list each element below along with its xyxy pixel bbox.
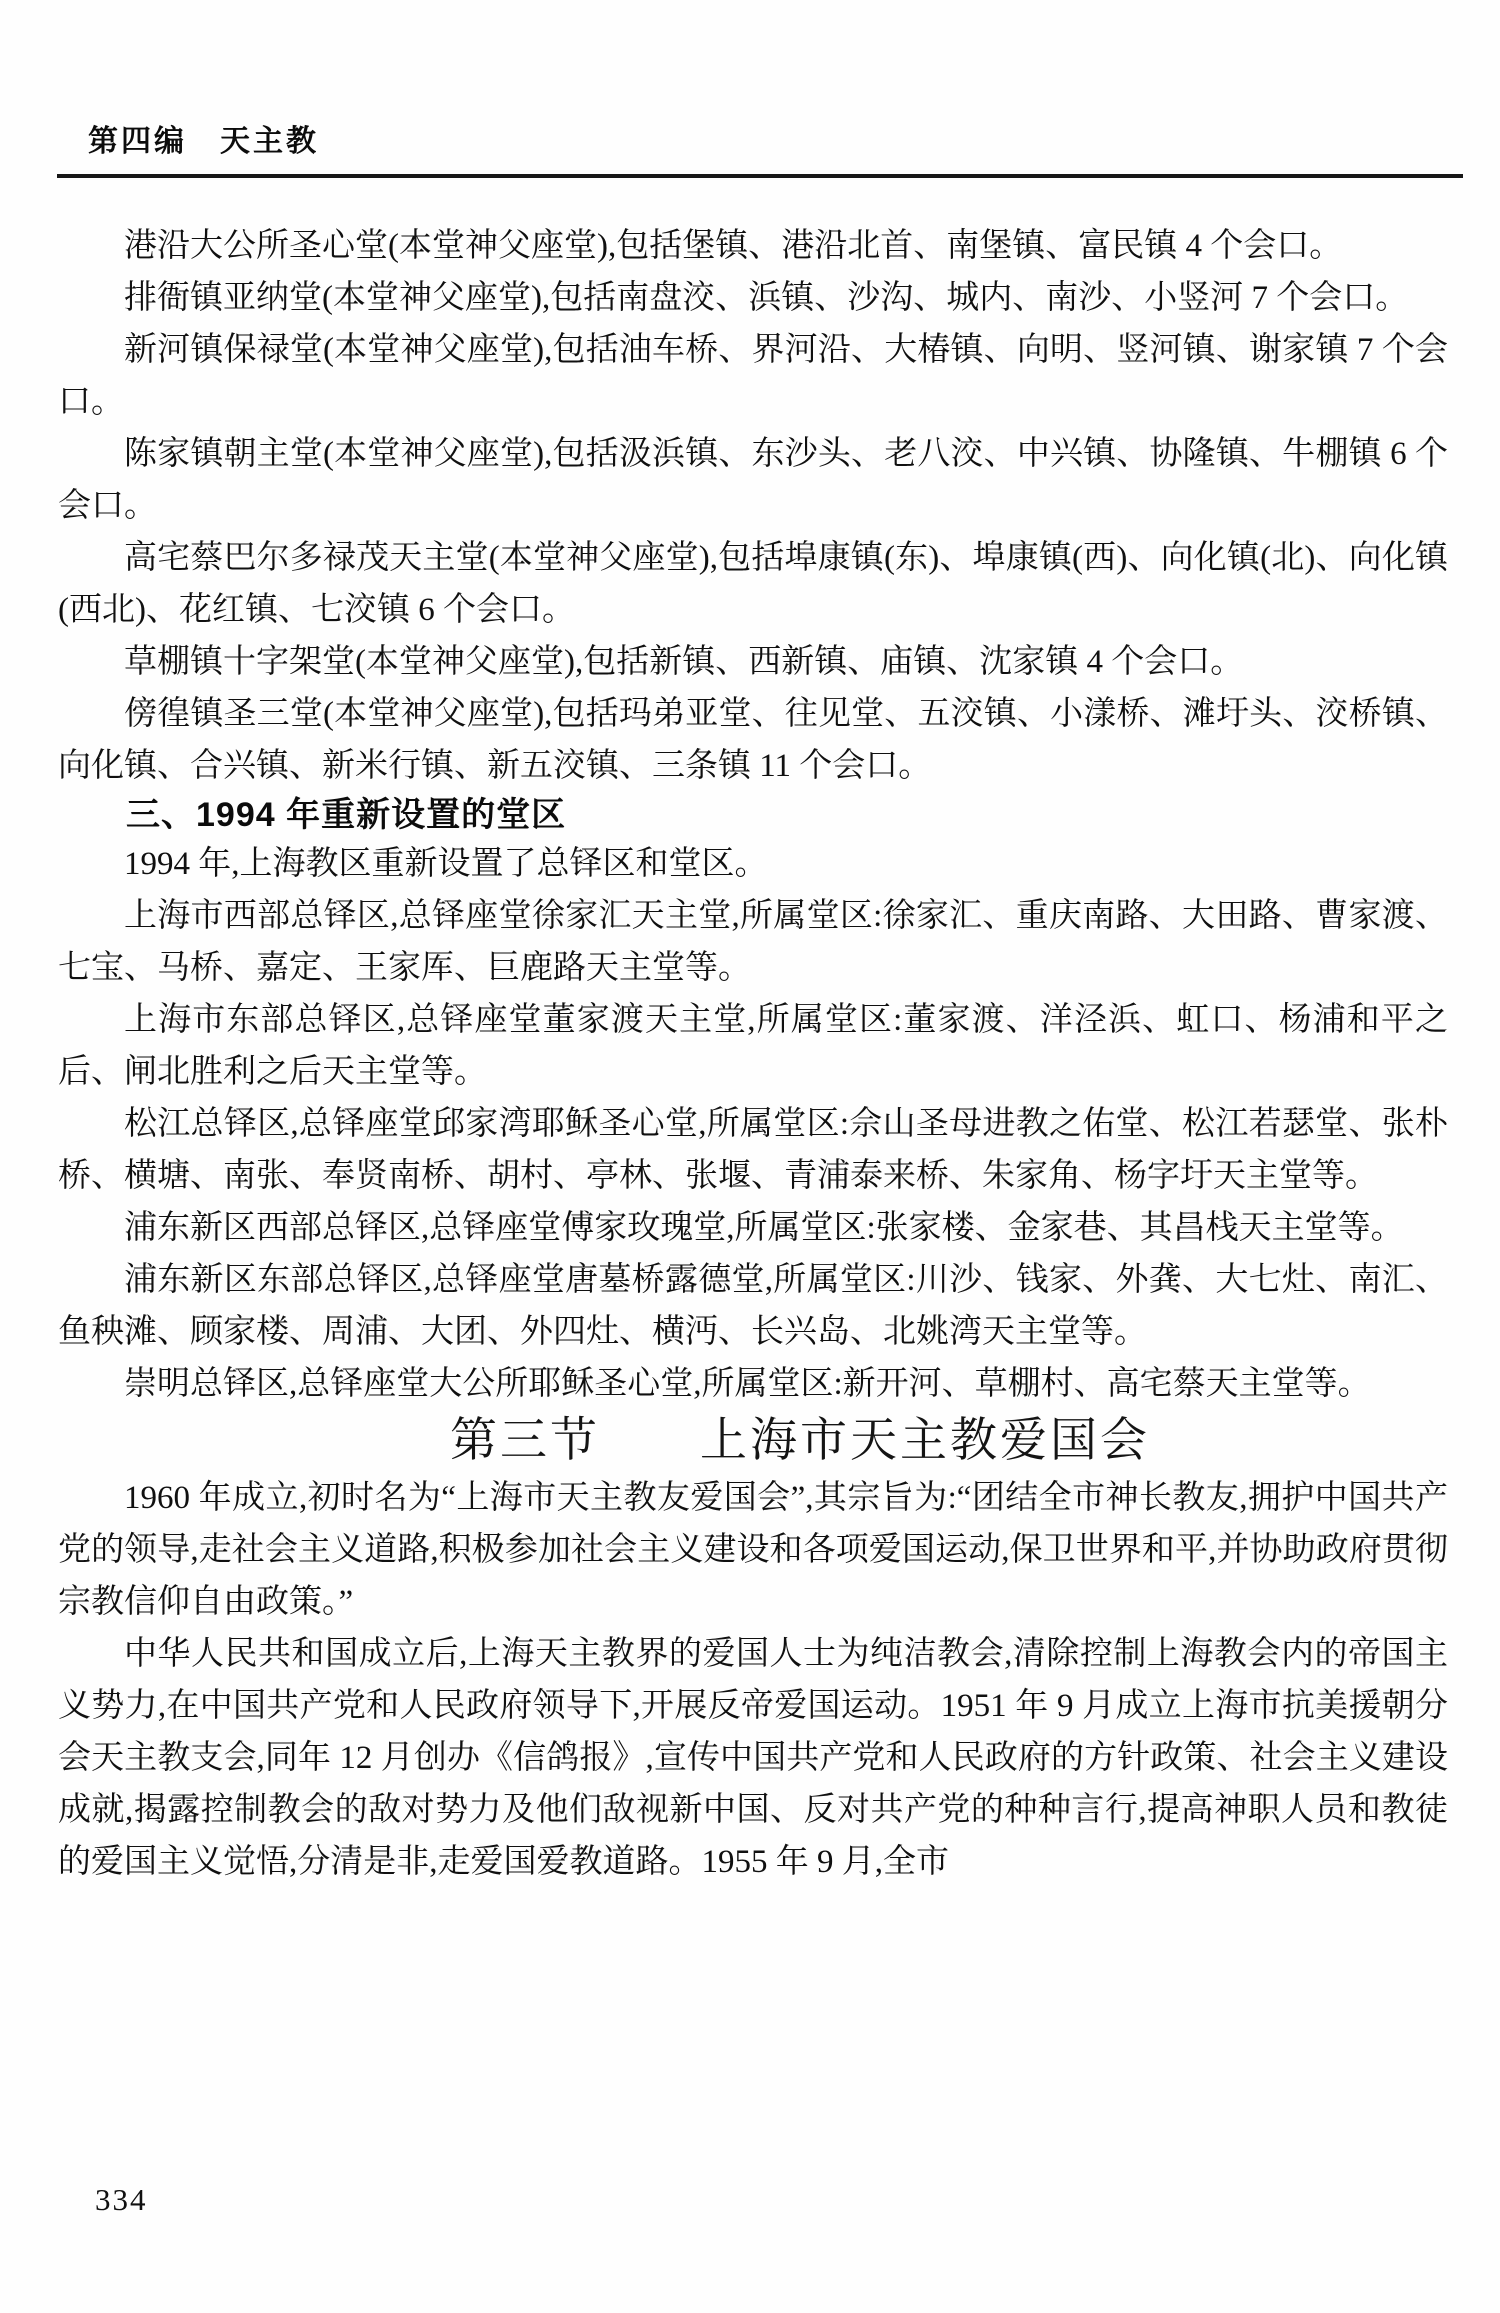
paragraph-caopeng: 草棚镇十字架堂(本堂神父座堂),包括新镇、西新镇、庙镇、沈家镇 4 个会口。 — [58, 636, 1448, 688]
section-title: 第三节 上海市天主教爱国会 — [58, 1410, 1448, 1472]
sub-heading-1994: 三、1994 年重新设置的堂区 — [58, 792, 1448, 838]
paragraph-patriotic-assoc-history: 中华人民共和国成立后,上海天主教界的爱国人士为纯洁教会,清除控制上海教会内的帝国… — [58, 1628, 1448, 1888]
page-number: 334 — [95, 2182, 148, 2218]
paragraph-gangyan: 港沿大公所圣心堂(本堂神父座堂),包括堡镇、港沿北首、南堡镇、富民镇 4 个会口… — [58, 220, 1448, 272]
header-divider — [57, 174, 1463, 178]
paragraph-panghuang: 傍徨镇圣三堂(本堂神父座堂),包括玛弟亚堂、往见堂、五洨镇、小漾桥、滩圩头、洨桥… — [58, 688, 1448, 792]
paragraph-chongming-deanery: 崇明总铎区,总铎座堂大公所耶稣圣心堂,所属堂区:新开河、草棚村、高宅蔡天主堂等。 — [58, 1358, 1448, 1410]
paragraph-chenjia: 陈家镇朝主堂(本堂神父座堂),包括汲浜镇、东沙头、老八洨、中兴镇、协隆镇、牛棚镇… — [58, 428, 1448, 532]
book-page: 第四编 天主教 港沿大公所圣心堂(本堂神父座堂),包括堡镇、港沿北首、南堡镇、富… — [0, 0, 1500, 2313]
paragraph-east-deanery: 上海市东部总铎区,总铎座堂董家渡天主堂,所属堂区:董家渡、洋泾浜、虹口、杨浦和平… — [58, 994, 1448, 1098]
paragraph-1994-intro: 1994 年,上海教区重新设置了总铎区和堂区。 — [58, 838, 1448, 890]
running-header: 第四编 天主教 — [88, 116, 319, 160]
page-content: 港沿大公所圣心堂(本堂神父座堂),包括堡镇、港沿北首、南堡镇、富民镇 4 个会口… — [58, 220, 1448, 1888]
paragraph-pudong-east-deanery: 浦东新区东部总铎区,总铎座堂唐墓桥露德堂,所属堂区:川沙、钱家、外龚、大七灶、南… — [58, 1254, 1448, 1358]
paragraph-pudong-west-deanery: 浦东新区西部总铎区,总铎座堂傅家玫瑰堂,所属堂区:张家楼、金家巷、其昌栈天主堂等… — [58, 1202, 1448, 1254]
paragraph-west-deanery: 上海市西部总铎区,总铎座堂徐家汇天主堂,所属堂区:徐家汇、重庆南路、大田路、曹家… — [58, 890, 1448, 994]
paragraph-xinhe: 新河镇保禄堂(本堂神父座堂),包括油车桥、界河沿、大椿镇、向明、竖河镇、谢家镇 … — [58, 324, 1448, 428]
paragraph-paiya: 排衙镇亚纳堂(本堂神父座堂),包括南盘洨、浜镇、沙沟、城内、南沙、小竖河 7 个… — [58, 272, 1448, 324]
paragraph-songjiang-deanery: 松江总铎区,总铎座堂邱家湾耶稣圣心堂,所属堂区:佘山圣母进教之佑堂、松江若瑟堂、… — [58, 1098, 1448, 1202]
paragraph-patriotic-assoc-founding: 1960 年成立,初时名为“上海市天主教友爱国会”,其宗旨为:“团结全市神长教友… — [58, 1472, 1448, 1628]
paragraph-gaozhaicai: 高宅蔡巴尔多禄茂天主堂(本堂神父座堂),包括埠康镇(东)、埠康镇(西)、向化镇(… — [58, 532, 1448, 636]
